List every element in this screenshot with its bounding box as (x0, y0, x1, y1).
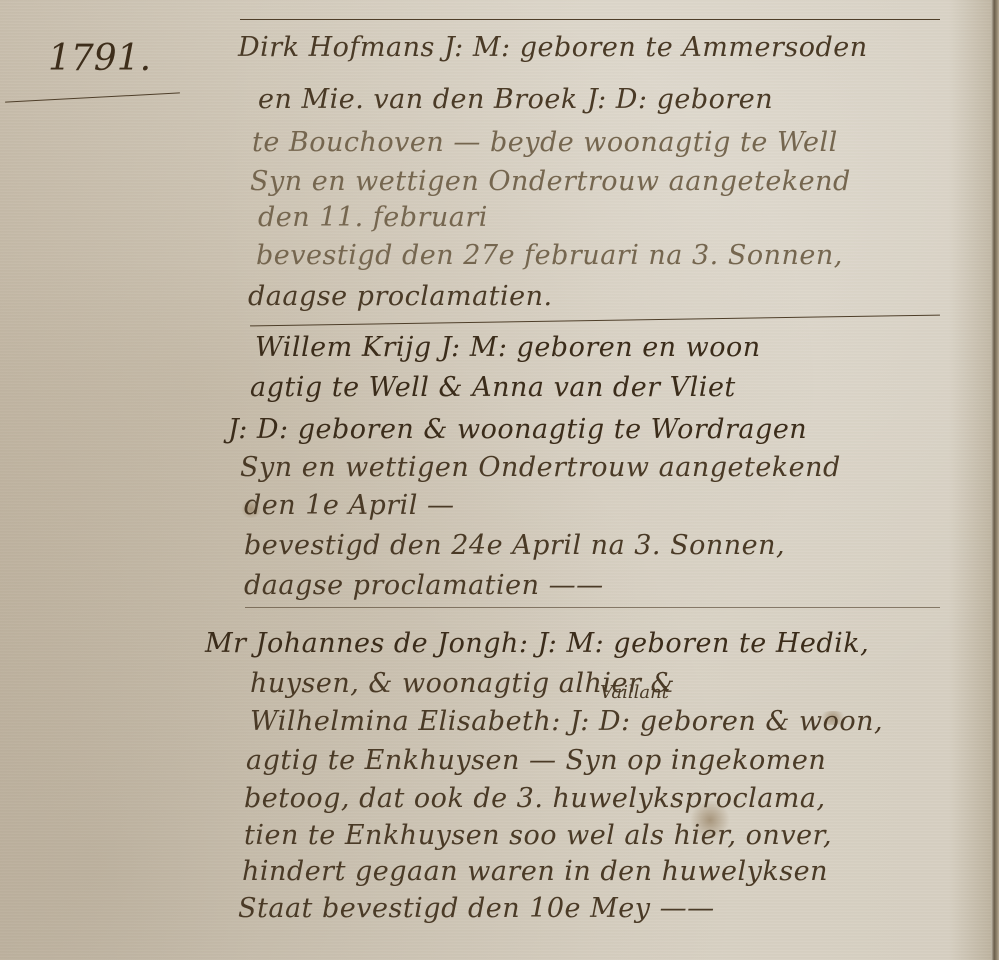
entry-separator (250, 315, 940, 327)
interlinear-insertion: Vaillant (600, 682, 669, 703)
entry-line: Syn en wettigen Ondertrouw aangetekend (240, 452, 841, 483)
entry-line: te Bouchoven — beyde woonagtig te Well (252, 127, 838, 158)
entry-line: betoog, dat ook de 3. huwelyksproclama, (244, 783, 826, 814)
entry-line: den 11. februari (258, 202, 488, 233)
entry-line: Mr Johannes de Jongh: J: M: geboren te H… (205, 628, 869, 659)
entry-line: den 1e April — (244, 490, 455, 521)
entry-separator (245, 607, 940, 608)
entry-line: hindert gegaan waren in den huwelyksen (242, 856, 828, 887)
margin-year: 1791. (48, 38, 151, 79)
entry-line: Willem Krijg J: M: geboren en woon (255, 332, 761, 363)
entry-line: tien te Enkhuysen soo wel als hier, onve… (244, 820, 832, 851)
entry-line: Staat bevestigd den 10e Mey —— (238, 893, 715, 924)
entry-separator-top (240, 19, 940, 20)
entry-line: bevestigd den 24e April na 3. Sonnen, (244, 530, 785, 561)
page-binding-edge (991, 0, 999, 960)
register-page: 1791. Dirk Hofmans J: M: geboren te Amme… (0, 0, 999, 960)
entry-line: agtig te Well & Anna van der Vliet (250, 372, 736, 403)
entry-line: Wilhelmina Elisabeth: J: D: geboren & wo… (250, 706, 883, 737)
entry-line: agtig te Enkhuysen — Syn op ingekomen (246, 745, 826, 776)
entry-line: Dirk Hofmans J: M: geboren te Ammersoden (238, 32, 868, 63)
margin-year-underline (5, 92, 180, 102)
entry-line: daagse proclamatien —— (244, 570, 604, 601)
entry-line: daagse proclamatien. (248, 281, 553, 312)
entry-line: bevestigd den 27e februari na 3. Sonnen, (256, 240, 843, 271)
entry-line: J: D: geboren & woonagtig te Wordragen (228, 414, 807, 445)
entry-line: en Mie. van den Broek J: D: geboren (258, 84, 773, 115)
entry-line: Syn en wettigen Ondertrouw aangetekend (250, 166, 851, 197)
